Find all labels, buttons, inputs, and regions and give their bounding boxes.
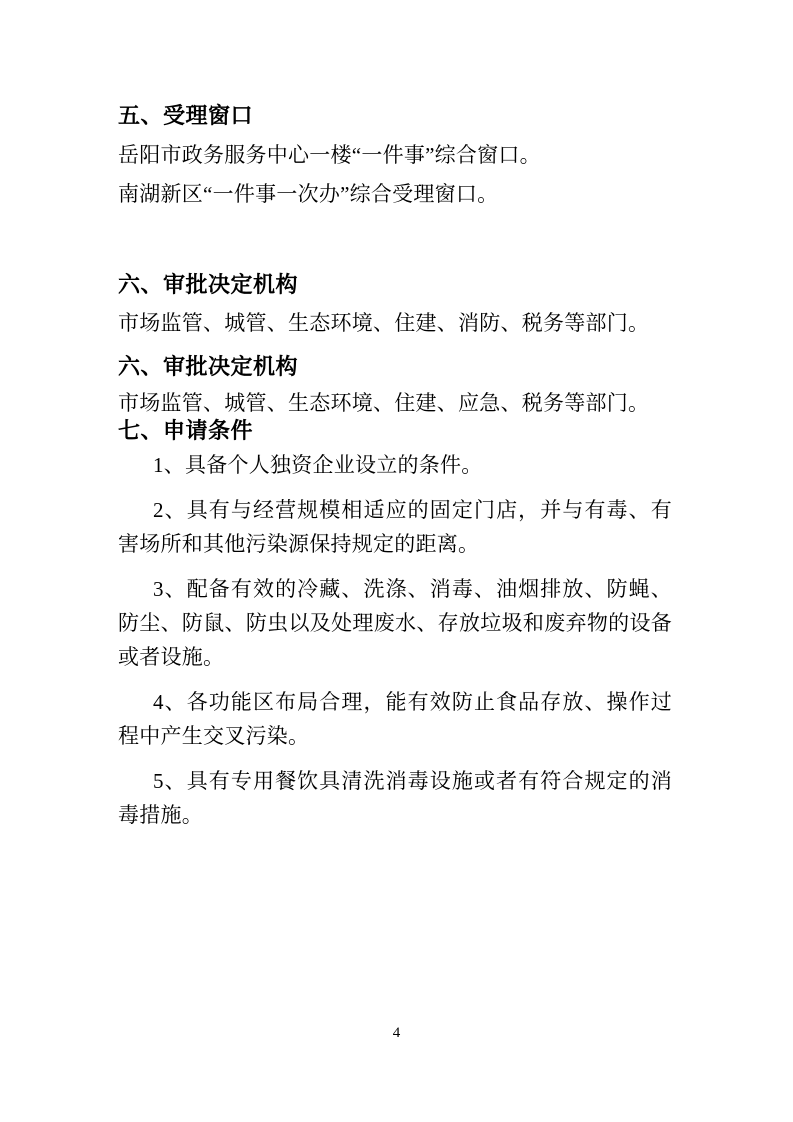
section-heading-approval-authority-1: 六、审批决定机构: [118, 272, 672, 298]
body-paragraph: 市场监管、城管、生态环境、住建、消防、税务等部门。: [118, 310, 672, 336]
body-paragraph: 市场监管、城管、生态环境、住建、应急、税务等部门。: [118, 390, 672, 416]
document-page: 五、受理窗口 岳阳市政务服务中心一楼“一件事”综合窗口。 南湖新区“一件事一次办…: [0, 0, 793, 1122]
section-heading-acceptance-window: 五、受理窗口: [118, 103, 672, 129]
document-content: 五、受理窗口 岳阳市政务服务中心一楼“一件事”综合窗口。 南湖新区“一件事一次办…: [0, 0, 793, 832]
page-number: 4: [393, 1025, 401, 1041]
section-heading-approval-authority-2: 六、审批决定机构: [118, 354, 672, 380]
numbered-item-4: 4、各功能区布局合理，能有效防止食品存放、操作过程中产生交叉污染。: [118, 685, 672, 753]
body-paragraph: 南湖新区“一件事一次办”综合受理窗口。: [118, 181, 672, 207]
numbered-item-1: 1、具备个人独资企业设立的条件。: [118, 448, 672, 482]
section-heading-application-conditions: 七、申请条件: [118, 418, 672, 444]
numbered-item-2: 2、具有与经营规模相适应的固定门店，并与有毒、有害场所和其他污染源保持规定的距离…: [118, 493, 672, 561]
numbered-item-3: 3、配备有效的冷藏、洗涤、消毒、油烟排放、防蝇、防尘、防鼠、防虫以及处理废水、存…: [118, 572, 672, 674]
numbered-item-5: 5、具有专用餐饮具清洗消毒设施或者有符合规定的消毒措施。: [118, 764, 672, 832]
page-footer: 4: [0, 1023, 793, 1043]
body-paragraph: 岳阳市政务服务中心一楼“一件事”综合窗口。: [118, 142, 672, 168]
